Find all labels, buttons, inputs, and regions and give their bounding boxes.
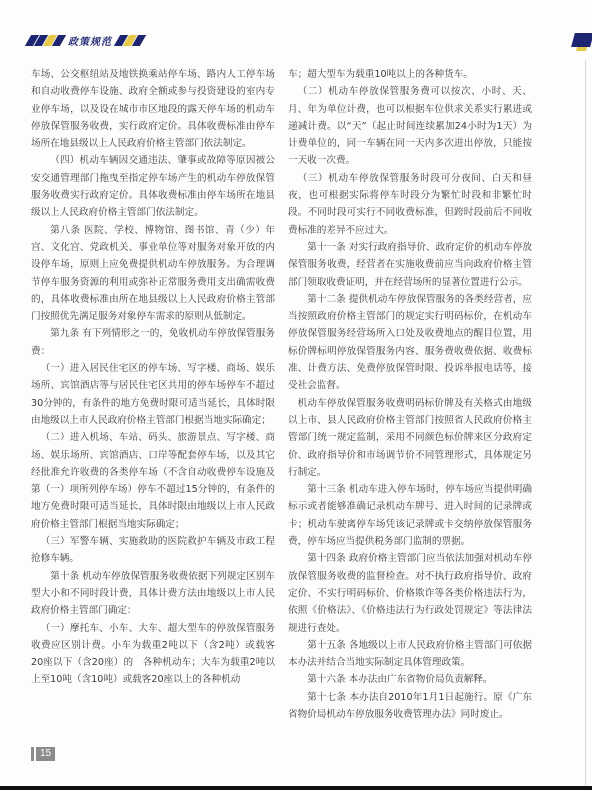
paragraph: （三）机动车停放保管服务时段可分夜间、白天和昼夜，也可根据实际将停车时段分为繁忙… [288, 170, 532, 239]
stripes-decoration-left [28, 35, 63, 46]
paragraph: （四）机动车辆因交通违法、肇事或故障等原因被公安交通管理部门拖曳至指定停车场产生… [31, 152, 275, 221]
paragraph: 车；超大型车为载重10吨以上的各种货车。 [288, 66, 532, 83]
corner-tab-decoration [571, 33, 592, 47]
page-number-badge: 15 [31, 747, 55, 761]
paragraph: 第九条 有下列情形之一的，免收机动车停放保管服务费： [31, 325, 275, 360]
paragraph: （二）机动车停放保管服务费可以按次、小时、天、月、年为单位计费，也可以根据车位供… [288, 83, 532, 169]
paragraph: （一）进入居民住宅区的停车场、写字楼、商场、娱乐场所、宾馆酒店等与居民住宅区共用… [31, 360, 275, 429]
paragraph: 第十四条 政府价格主管部门应当依法加强对机动车停放保管服务收费的监督检查。对不执… [288, 550, 532, 636]
paragraph: 车场、公交枢纽站及地铁换乘站停车场、路内人工停车场和自动收费停车设施、政府全额或… [31, 66, 275, 152]
right-column: 车；超大型车为载重10吨以上的各种货车。 （二）机动车停放保管服务费可以按次、小… [288, 66, 532, 723]
paragraph: 第十三条 机动车进入停车场时，停车场应当提供明确标示或者能够准确记录机动车牌号、… [288, 481, 532, 550]
paragraph: 机动车停放保管服务收费明码标价牌及有关格式由地级以上市、县人民政府价格主管部门按… [288, 395, 532, 481]
paragraph: （三）军警车辆、实施救助的医院救护车辆及市政工程抢修车辆。 [31, 533, 275, 568]
paragraph: （一）摩托车、小车、大车、超大型车的停放保管服务收费应区别计费。小车为载重2吨以… [31, 620, 275, 689]
left-column: 车场、公交枢纽站及地铁换乘站停车场、路内人工停车场和自动收费停车设施、政府全额或… [31, 66, 275, 689]
page-number: 15 [36, 747, 55, 761]
paragraph: 第十二条 提供机动车停放保管服务的各类经营者，应当按照政府价格主管部门的规定实行… [288, 291, 532, 395]
paragraph: 第十条 机动车停放保管服务收费依据下列规定区别车型大小和不同时段计费，具体计费方… [31, 568, 275, 620]
paragraph: （二）进入机场、车站、码头、旅游景点、写字楼、商场、娱乐场所、宾馆酒店、口岸等配… [31, 429, 275, 533]
page-edge-rule [585, 60, 586, 785]
bottom-border [0, 786, 592, 790]
page-number-bar [31, 747, 34, 761]
section-header: 政策规范 [28, 33, 143, 47]
section-title: 政策规范 [68, 33, 112, 48]
paragraph: 第十六条 本办法由广东省物价局负责解释。 [288, 671, 532, 688]
paragraph: 第十七条 本办法自2010年1月1日起施行。原《广东省物价局机动车停放服务收费管… [288, 689, 532, 724]
paragraph: 第十五条 各地级以上市人民政府价格主管部门可依据本办法并结合当地实际制定具体管理… [288, 637, 532, 672]
paragraph: 第十一条 对实行政府指导价、政府定价的机动车停放保管服务收费，经营者在实施收费前… [288, 239, 532, 291]
stripes-decoration-right [117, 35, 143, 46]
paragraph: 第八条 医院、学校、博物馆、图书馆、青（少）年宫、文化宫、党政机关、事业单位等对… [31, 222, 275, 326]
